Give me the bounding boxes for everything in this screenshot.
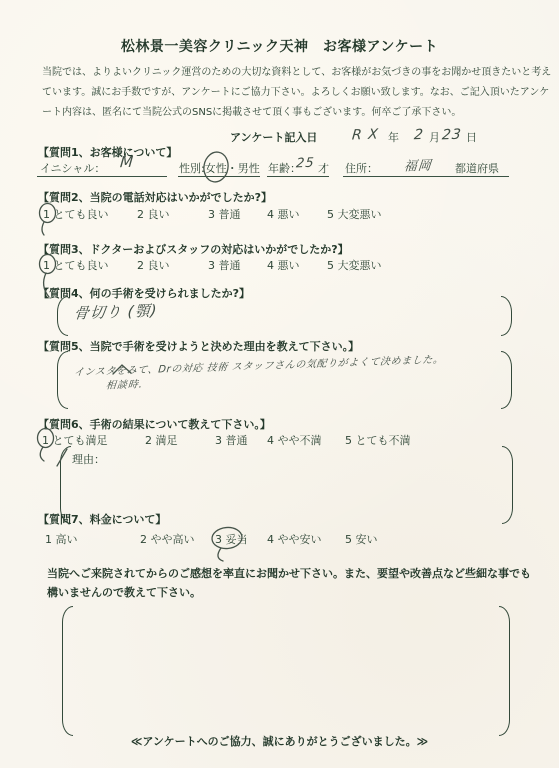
comment-bracket-right [499, 606, 510, 736]
q7-option-5: 5 安い [345, 531, 378, 547]
q1-fields: イニシャル： M 性別:女性・男性 年齢： 25 才 住所： 福岡 都道府県 [0, 155, 559, 181]
q6-options: 1 とても満足 2 満足 3 普通 4 やや不満 5 とても不満 [0, 432, 559, 448]
q2-option-1: 1 とても良い [43, 206, 109, 222]
date-year-suffix: 年 [388, 129, 399, 145]
q4-bracket-left [57, 296, 68, 336]
date-day-hand: 23 [441, 127, 462, 144]
gender-underline [178, 176, 260, 177]
address-suffix: 都道府県 [455, 160, 499, 176]
q6-header: 【質問6、手術の結果について教えて下さい。】 [38, 416, 271, 432]
q5-bracket-right [501, 351, 512, 409]
q7-option-4: 4 やや安い [267, 531, 322, 547]
q6-option-4: 4 やや不満 [267, 432, 322, 448]
q2-header: 【質問2、当院の電話対応はいかがでしたか?】 [38, 189, 272, 205]
q3-option-4: 4 悪い [267, 257, 300, 273]
q5-bracket-left [57, 351, 68, 409]
q6-option-5: 5 とても不満 [345, 432, 411, 448]
q7-options: 1 高い 2 やや高い 3 妥当 4 やや安い 5 安い [0, 531, 559, 547]
feedback-prompt-line: 構いませんので教えて下さい。 [47, 583, 542, 602]
address-underline [343, 176, 509, 177]
q6-option-2: 2 満足 [145, 432, 178, 448]
q3-option-5: 5 大変悪い [327, 257, 382, 273]
initial-label: イニシャル： [40, 160, 105, 176]
q7-option-2: 2 やや高い [140, 531, 195, 547]
page-title: 松林景一美容クリニック天神 お客様アンケート [0, 36, 559, 56]
q7-header: 【質問7、料金について】 [38, 511, 166, 527]
date-year-hand: R X [351, 127, 379, 144]
q4-bracket-right [501, 296, 512, 336]
age-value-hand: 25 [295, 156, 315, 172]
q6-circle-tail [40, 447, 44, 461]
q6-option-3: 3 普通 [215, 432, 248, 448]
gender-label: 性別:女性・男性 [179, 160, 260, 176]
q6-option-1: 1 とても満足 [42, 432, 108, 448]
footer-thanks: ≪アンケートへのご協力、誠にありがとうございました。≫ [0, 733, 559, 749]
survey-sheet: 松林景一美容クリニック天神 お客様アンケート 当院では、よりよいクリニック運営の… [0, 0, 559, 768]
q2-option-3: 3 普通 [208, 206, 241, 222]
age-suffix: 才 [318, 160, 329, 176]
q3-option-3: 3 普通 [208, 257, 241, 273]
q2-option-2: 2 良い [137, 206, 170, 222]
date-month-suffix: 月 [429, 129, 440, 145]
q2-option-5: 5 大変悪い [327, 206, 382, 222]
initial-value-hand: M [119, 153, 135, 172]
intro-line: ています。誠にお手数ですが、アンケートにご協力下さい。よろしくお願い致します。な… [42, 83, 542, 103]
initial-underline [37, 176, 167, 177]
q6-reason-bracket-right [502, 446, 513, 524]
q5-answer-hand: インスタをみて、Drの対応 技術 スタッフさんの気配りがよくて決めました。 [73, 351, 444, 379]
q2-option-4: 4 悪い [267, 206, 300, 222]
intro-paragraph: 当院では、よりよいクリニック運営のための大切な資料として、お客様がお気づきの事を… [42, 63, 542, 123]
q3-header: 【質問3、ドクターおよびスタッフの対応はいかがでしたか?】 [38, 241, 349, 257]
date-label: アンケート記入日 [230, 129, 317, 145]
q2-circle-tail [42, 222, 44, 235]
q7-option-1: 1 高い [45, 531, 78, 547]
q4-answer-hand: 骨切り (顎) [73, 300, 158, 324]
intro-line: 当院では、よりよいクリニック運営のための大切な資料として、お客様がお気づきの事を… [42, 63, 542, 83]
comment-bracket-left [62, 606, 73, 736]
q5-insert-note-hand: 相談時. [105, 375, 143, 391]
date-month-hand: 2 [413, 127, 424, 143]
address-label: 住所： [345, 160, 378, 176]
q7-option-3: 3 妥当 [215, 531, 248, 547]
feedback-prompt: 当院へご来院されてからのご感想を率直にお聞かせ下さい。また、要望や改善点など些細… [47, 564, 542, 602]
q7-circle-tail [218, 548, 223, 561]
q3-options: 1 とても良い 2 良い 3 普通 4 悪い 5 大変悪い [0, 257, 559, 273]
feedback-prompt-line: 当院へご来院されてからのご感想を率直にお聞かせ下さい。また、要望や改善点など些細… [47, 564, 542, 583]
q3-option-2: 2 良い [137, 257, 170, 273]
q6-reason-label: 理由： [72, 451, 105, 467]
age-underline [267, 176, 329, 177]
q5-header: 【質問5、当院で手術を受けようと決めた理由を教えて下さい。】 [38, 338, 359, 354]
address-value-hand: 福岡 [403, 154, 433, 174]
q4-header: 【質問4、何の手術を受けられましたか?】 [38, 285, 250, 301]
q3-option-1: 1 とても良い [43, 257, 109, 273]
date-day-suffix: 日 [466, 129, 477, 145]
intro-line: ート内容は、匿名にて当院公式のSNSに掲載させて頂く事もございます。何卒ご了承下… [42, 103, 542, 123]
q2-options: 1 とても良い 2 良い 3 普通 4 悪い 5 大変悪い [0, 206, 559, 222]
